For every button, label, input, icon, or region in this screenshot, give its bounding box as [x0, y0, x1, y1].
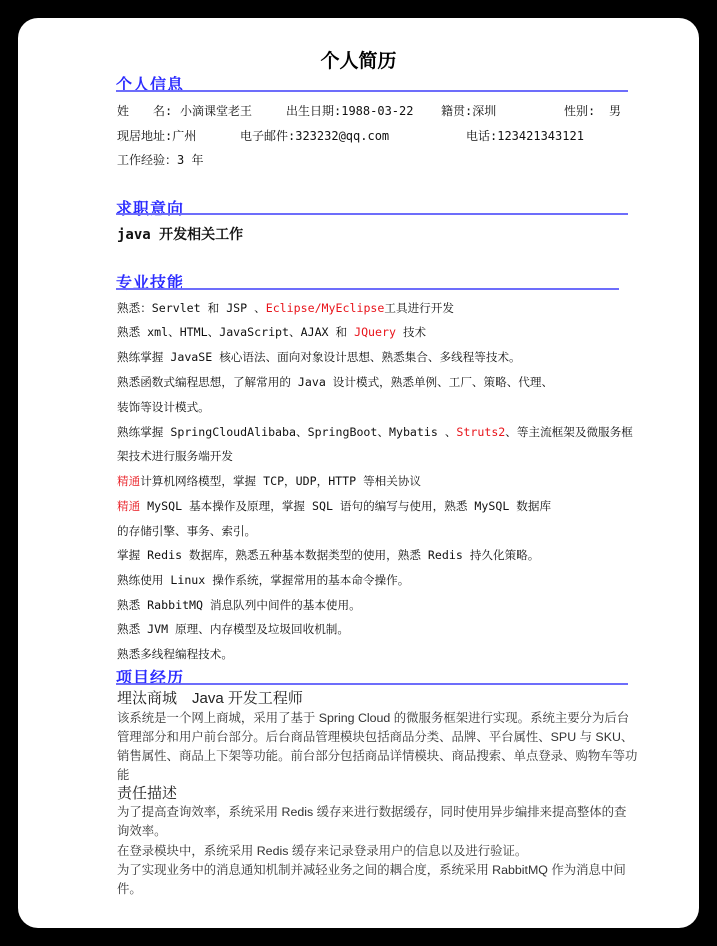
section-divider — [116, 683, 628, 685]
skill-line: 熟悉 xml、HTML、JavaScript、AJAX 和 JQuery 技术 — [117, 324, 426, 340]
birth-date: 出生日期:1988-03-22 — [286, 102, 413, 119]
responsibility-line: 为了提高查询效率，系统采用 Redis 缓存来进行数据缓存，同时使用异步编排来提… — [117, 802, 626, 820]
skill-line: 掌握 Redis 数据库，熟悉五种基本数据类型的使用，熟悉 Redis 持久化策… — [117, 547, 539, 563]
skill-line: 熟悉 JVM 原理、内存模型及垃圾回收机制。 — [117, 621, 349, 637]
job-intent-value: java 开发相关工作 — [117, 224, 243, 244]
responsibility-line: 在登录模块中，系统采用 Redis 缓存来记录登录用户的信息以及进行验证。 — [117, 841, 527, 859]
responsibility-line: 件。 — [117, 879, 142, 897]
address: 现居地址:广州 — [117, 127, 196, 144]
skill-line: 熟练使用 Linux 操作系统，掌握常用的基本命令操作。 — [117, 572, 409, 588]
skill-line: 精通 MySQL 基本操作及原理，掌握 SQL 语句的编写与使用，熟悉 MySQ… — [117, 498, 551, 514]
name-value: 小滴课堂老王 — [180, 102, 252, 119]
phone: 电话:123421343121 — [466, 127, 584, 144]
skill-line: 熟悉函数式编程思想，了解常用的 Java 设计模式，熟悉单例、工厂、策略、代理、 — [117, 374, 553, 390]
hometown: 籍贯:深圳 — [441, 102, 496, 119]
responsibility-heading: 责任描述 — [117, 782, 177, 803]
project-description-line: 能 — [117, 765, 129, 783]
section-divider — [116, 90, 628, 92]
email: 电子邮件:323232@qq.com — [240, 127, 389, 144]
skill-line: 熟练掌握 SpringCloudAlibaba、SpringBoot、Mybat… — [117, 424, 633, 440]
skill-line: 装饰等设计模式。 — [117, 399, 210, 415]
project-description-line: 销售属性、商品上下架等功能。前台部分包括商品详情模块、商品搜索、单点登录、购物车… — [117, 746, 637, 764]
skill-line: 熟悉 RabbitMQ 消息队列中间件的基本使用。 — [117, 597, 361, 613]
skill-line: 精通计算机网络模型，掌握 TCP，UDP，HTTP 等相关协议 — [117, 473, 421, 489]
skill-line: 熟练掌握 JavaSE 核心语法、面向对象设计思想、熟悉集合、多线程等技术。 — [117, 349, 521, 365]
skill-line: 熟悉：Servlet 和 JSP 、Eclipse/MyEclipse工具进行开… — [117, 300, 454, 316]
skill-line: 架技术进行服务端开发 — [117, 448, 233, 464]
skill-line: 的存储引擎、事务、索引。 — [117, 523, 256, 539]
name-label: 姓 名: — [117, 102, 172, 119]
gender-value: 男 — [609, 102, 621, 119]
responsibility-line: 询效率。 — [117, 821, 167, 839]
section-divider — [116, 288, 619, 290]
document-title: 个人简历 — [18, 46, 699, 73]
resume-page: 个人简历 个人信息 姓 名: 小滴课堂老王 出生日期:1988-03-22 籍贯… — [18, 18, 699, 928]
work-experience: 工作经验：3 年 — [117, 151, 203, 168]
responsibility-line: 为了实现业务中的消息通知机制并减轻业务之间的耦合度，系统采用 RabbitMQ … — [117, 860, 626, 878]
gender-label: 性别: — [564, 102, 595, 119]
project-description-line: 管理部分和用户前台部分。后台商品管理模块包括商品分类、品牌、平台属性、SPU 与… — [117, 727, 633, 745]
project-title: 埋汰商城 Java 开发工程师 — [117, 687, 303, 708]
section-heading-job-intent: 求职意向 — [116, 196, 184, 219]
project-description-line: 该系统是一个网上商城，采用了基于 Spring Cloud 的微服务框架进行实现… — [117, 708, 629, 726]
skill-line: 熟悉多线程编程技术。 — [117, 646, 233, 662]
section-divider — [116, 213, 628, 215]
